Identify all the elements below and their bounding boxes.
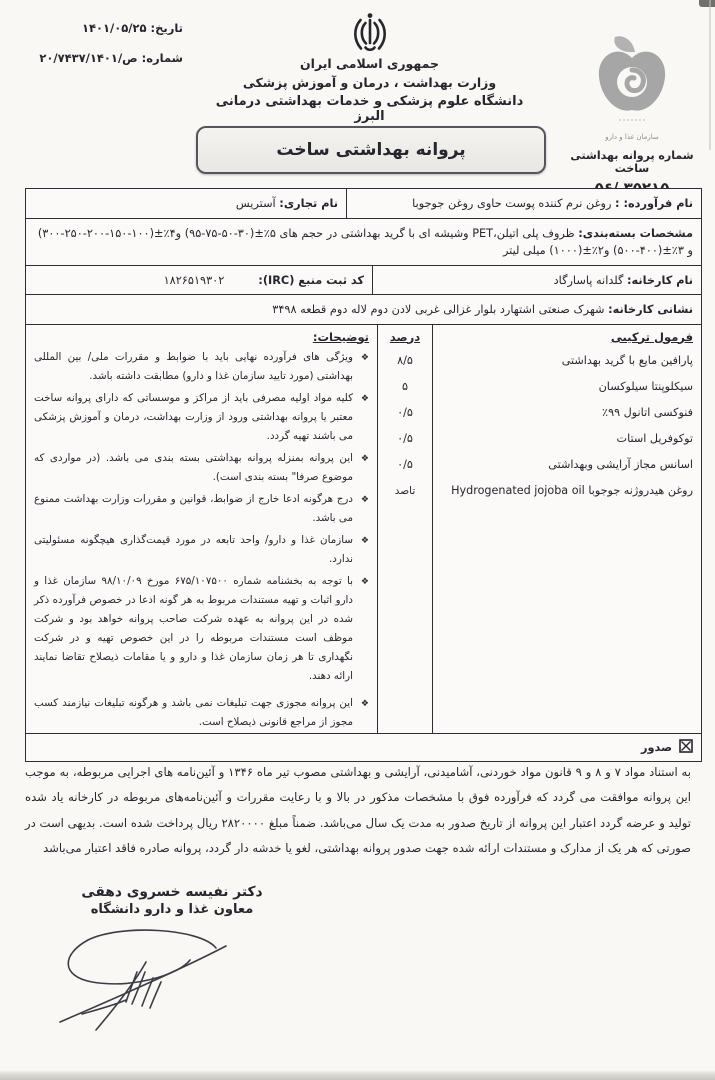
diamond-bullet-icon: ❖ (358, 348, 369, 386)
formula-item: پارافین مایع با گرید بهداشتی (441, 348, 693, 374)
irc-label: کد ثبت منبع (IRC): (258, 272, 364, 290)
note-item: ❖با توجه به بخشنامه شماره ۶۷۵/۱۰۷۵۰۰ مور… (34, 572, 369, 686)
diamond-bullet-icon: ❖ (358, 389, 369, 446)
factory-name-value: گلدانه پاسارگاد (554, 274, 624, 287)
product-label: نام فرآورده: : (615, 197, 693, 210)
signer-name: دکتر نفیسه خسروی دهقی (42, 884, 302, 900)
license-number-label: شماره پروانه بهداشتی ساخت (563, 149, 701, 175)
factory-name-label: نام کارخانه: (627, 274, 693, 287)
signer-title: معاون غذا و دارو دانشگاه (42, 902, 302, 917)
legal-paragraph: به استناد مواد ۷ و ۸ و ۹ قانون مواد خورد… (25, 760, 691, 861)
issuance-checkbox-checked-icon (679, 739, 693, 756)
diamond-bullet-icon: ❖ (358, 572, 369, 686)
product-row: نام فرآورده: : روغن نرم کننده پوست حاوی … (26, 189, 701, 219)
factory-address-label: نشانی کارخانه: (608, 303, 693, 316)
formula-item: روغن هیدروژنه جوجوبا Hydrogenated jojoba… (441, 478, 693, 504)
issuance-row: صدور (26, 734, 701, 761)
address-row: نشانی کارخانه: شهرک صنعتی اشتهارد بلوار … (26, 295, 701, 325)
factory-address-value: شهرک صنعتی اشتهارد بلوار غزالی غربی لادن… (272, 303, 604, 316)
product-value: روغن نرم کننده پوست حاوی روغن جوجوبا (412, 197, 611, 210)
handwritten-signature (30, 918, 260, 1052)
trade-name-value: آستریس (236, 197, 276, 210)
diamond-bullet-icon: ❖ (358, 490, 369, 528)
date-value: ۱۴۰۱/۰۵/۲۵ (82, 21, 147, 35)
fda-org-caption: سازمان غذا و دارو (563, 133, 701, 141)
formula-column: فرمول ترکیبی پارافین مایع با گرید بهداشت… (432, 325, 701, 733)
notes-header: توضیحات: (34, 330, 369, 344)
trade-name-label: نام تجاری: (279, 197, 338, 210)
formula-header: فرمول ترکیبی (441, 330, 693, 344)
license-table: نام فرآورده: : روغن نرم کننده پوست حاوی … (25, 188, 702, 762)
factory-name-cell: نام کارخانه: گلدانه پاسارگاد (372, 266, 701, 295)
percent-column: درصد ۸/۵ ۵ ۰/۵ ۰/۵ ۰/۵ تاصد (377, 325, 432, 733)
percent-value: تاصد (382, 478, 428, 504)
factory-address-cell: نشانی کارخانه: شهرک صنعتی اشتهارد بلوار … (26, 295, 701, 324)
date-line: تاریخ: ۱۴۰۱/۰۵/۲۵ (33, 20, 183, 36)
note-item: ❖کلیه مواد اولیه مصرفی باید از مراکز و م… (34, 389, 369, 446)
number-line: شماره: ۲۰/۷۴۳۷/ص/۱۴۰۱ (33, 50, 183, 66)
note-item: ❖درج هرگونه ادعا خارج از ضوابط، قوانین و… (34, 490, 369, 528)
scan-edge-artifact (709, 0, 711, 150)
note-item: ❖این پروانه مجوزی جهت تبلیغات نمی باشد و… (34, 694, 369, 732)
diamond-bullet-icon: ❖ (358, 449, 369, 487)
note-item: ❖سازمان غذا و دارو/ واحد تابعه در مورد ق… (34, 531, 369, 569)
irc-value: ۱۸۲۶۵۱۹۳۰۲ (164, 272, 225, 290)
date-label: تاریخ: (151, 21, 183, 35)
ministry-header: جمهوری اسلامی ایران وزارت بهداشت ، درمان… (212, 10, 527, 124)
product-cell: نام فرآورده: : روغن نرم کننده پوست حاوی … (346, 189, 701, 218)
note-item: ❖این پروانه بمنزله پروانه بهداشتی بسته ب… (34, 449, 369, 487)
percent-value: ۰/۵ (382, 452, 428, 478)
note-item: ❖ویژگی های فرآورده نهایی باید با ضوابط و… (34, 348, 369, 386)
document-title: پروانه بهداشتی ساخت (196, 126, 546, 174)
scanned-license-document: تاریخ: ۱۴۰۱/۰۵/۲۵ شماره: ۲۰/۷۴۳۷/ص/۱۴۰۱ (0, 0, 715, 1080)
percent-value: ۸/۵ (382, 348, 428, 374)
trade-name-cell: نام تجاری: آستریس (26, 189, 346, 218)
ministry-name: وزارت بهداشت ، درمان و آموزش پزشکی (212, 75, 527, 90)
scan-corner-artifact (699, 0, 715, 7)
number-value: ۲۰/۷۴۳۷/ص/۱۴۰۱ (39, 51, 137, 65)
university-name: دانشگاه علوم پزشکی و خدمات بهداشتی درمان… (212, 94, 527, 124)
formula-notes-row: فرمول ترکیبی پارافین مایع با گرید بهداشت… (26, 325, 701, 734)
scan-bottom-artifact (0, 1070, 715, 1080)
date-number-block: تاریخ: ۱۴۰۱/۰۵/۲۵ شماره: ۲۰/۷۴۳۷/ص/۱۴۰۱ (33, 20, 183, 80)
packaging-row: مشخصات بسته‌بندی: ظروف پلی اتیلن،PET وشی… (26, 219, 701, 266)
percent-value: ۰/۵ (382, 400, 428, 426)
issuance-label: صدور (641, 741, 672, 754)
notes-column: توضیحات: ❖ویژگی های فرآورده نهایی باید ب… (26, 325, 377, 733)
irc-cell: کد ثبت منبع (IRC): ۱۸۲۶۵۱۹۳۰۲ (26, 266, 372, 295)
signature-block: دکتر نفیسه خسروی دهقی معاون غذا و دارو د… (42, 884, 302, 917)
formula-item: اسانس مجاز آرایشی وبهداشتی (441, 452, 693, 478)
percent-value: ۵ (382, 374, 428, 400)
formula-item: سیکلوپنتا سیلوکسان (441, 374, 693, 400)
diamond-bullet-icon: ❖ (358, 531, 369, 569)
packaging-cell: مشخصات بسته‌بندی: ظروف پلی اتیلن،PET وشی… (26, 219, 701, 265)
percent-value: ۰/۵ (382, 426, 428, 452)
percent-header: درصد (382, 330, 428, 344)
factory-row: نام کارخانه: گلدانه پاسارگاد کد ثبت منبع… (26, 266, 701, 296)
iran-emblem-icon (212, 10, 527, 54)
fda-license-block: سازمان غذا و دارو شماره پروانه بهداشتی س… (563, 32, 701, 197)
formula-item: توکوفریل استات (441, 426, 693, 452)
diamond-bullet-icon: ❖ (358, 694, 369, 732)
packaging-label: مشخصات بسته‌بندی: (578, 227, 693, 240)
formula-item: فنوکسی اتانول ۹۹٪ (441, 400, 693, 426)
fda-apple-logo-icon (563, 32, 701, 132)
number-label: شماره: (142, 51, 183, 65)
country-name: جمهوری اسلامی ایران (212, 56, 527, 71)
